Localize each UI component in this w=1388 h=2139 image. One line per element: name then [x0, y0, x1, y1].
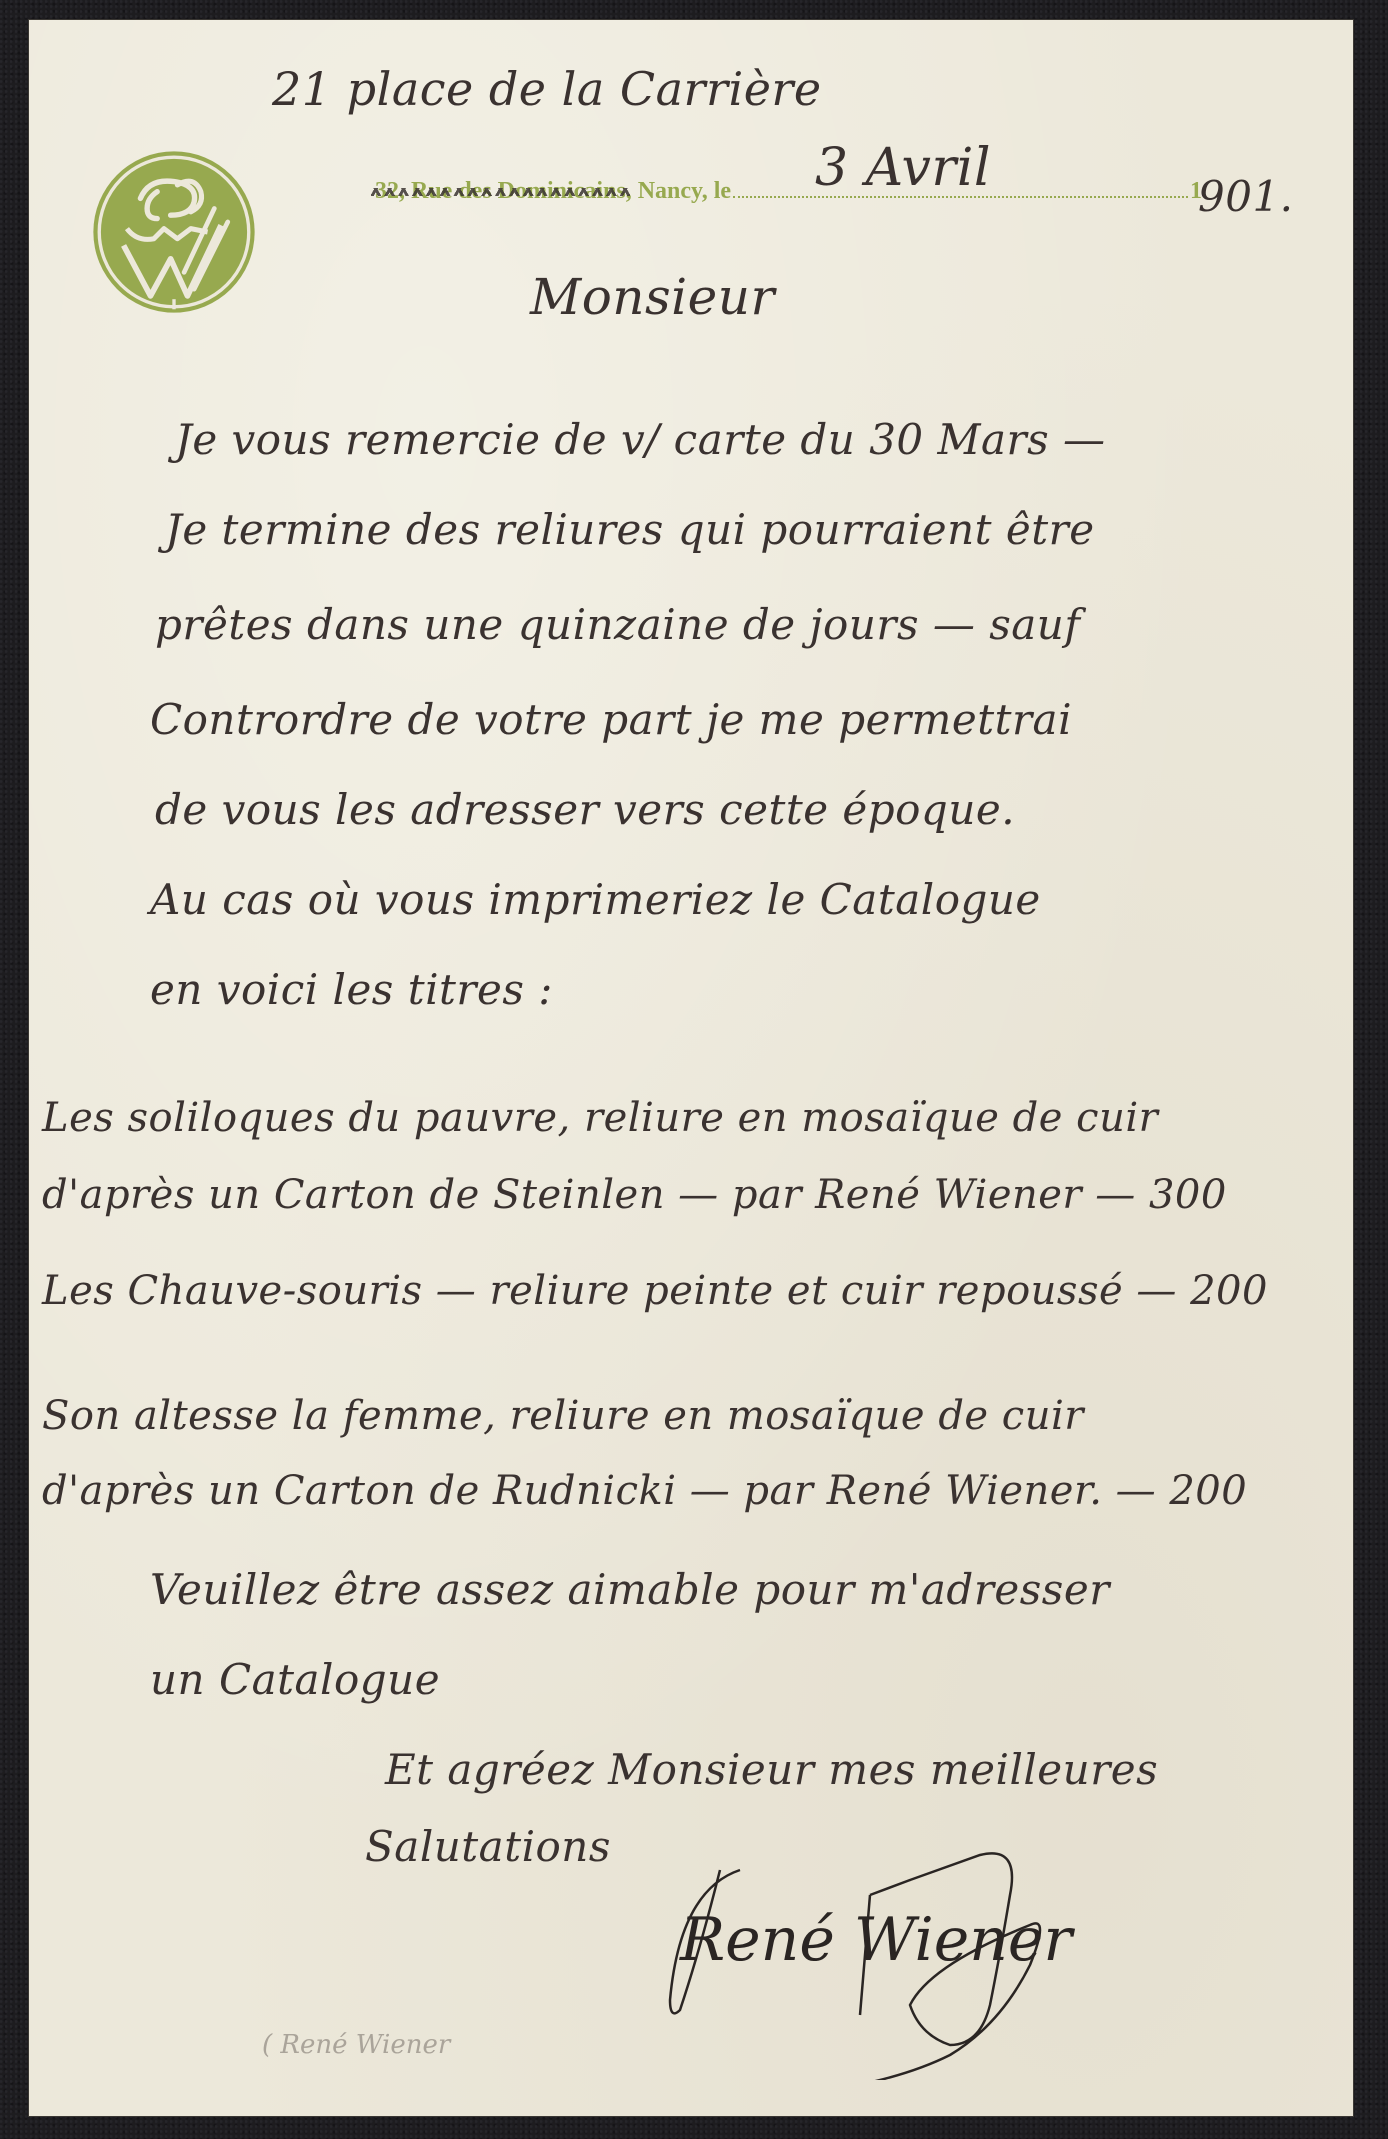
closing-request-line: Veuillez être assez aimable pour m'adres…	[150, 1565, 1110, 1614]
body-line: Au cas où vous imprimeriez le Catalogue	[150, 875, 1041, 924]
body-line: prêtes dans une quinzaine de jours — sau…	[155, 600, 1080, 649]
body-line: de vous les adresser vers cette époque.	[155, 785, 1015, 834]
body-line: Je vous remercie de v/ carte du 30 Mars …	[175, 415, 1106, 464]
body-line: Je termine des reliures qui pourraient ê…	[165, 505, 1095, 554]
closing-request-line: un Catalogue	[150, 1655, 440, 1704]
pencil-annotation: ( René Wiener	[262, 2030, 450, 2060]
handwritten-address: 21 place de la Carrière	[272, 62, 822, 116]
printed-city: , Nancy, le	[626, 178, 731, 204]
closing-formula-line: Salutations	[365, 1822, 611, 1871]
struck-printed-address: 32, Rue des Dominicains	[375, 178, 626, 205]
printed-letterhead-line: 32, Rue des Dominicains, Nancy, le1	[375, 178, 1202, 205]
monogram-rw-icon	[90, 148, 258, 316]
handwritten-year: 901.	[1198, 172, 1294, 221]
catalogue-entry-line: Les Chauve-souris — reliure peinte et cu…	[42, 1268, 1268, 1314]
letter-paper	[29, 20, 1353, 2116]
body-line: Contrordre de votre part je me permettra…	[150, 695, 1072, 744]
catalogue-entry-line: d'après un Carton de Rudnicki — par René…	[42, 1468, 1247, 1514]
catalogue-entry-line: Son altesse la femme, reliure en mosaïqu…	[42, 1393, 1084, 1439]
catalogue-entry-line: d'après un Carton de Steinlen — par René…	[42, 1172, 1227, 1218]
salutation: Monsieur	[530, 268, 775, 326]
body-line: en voici les titres :	[150, 965, 553, 1014]
handwritten-date: 3 Avril	[815, 138, 991, 198]
signature-flourish-icon	[660, 1850, 1080, 2080]
catalogue-entry-line: Les soliloques du pauvre, reliure en mos…	[42, 1095, 1158, 1141]
closing-formula-line: Et agréez Monsieur mes meilleures	[385, 1745, 1158, 1794]
